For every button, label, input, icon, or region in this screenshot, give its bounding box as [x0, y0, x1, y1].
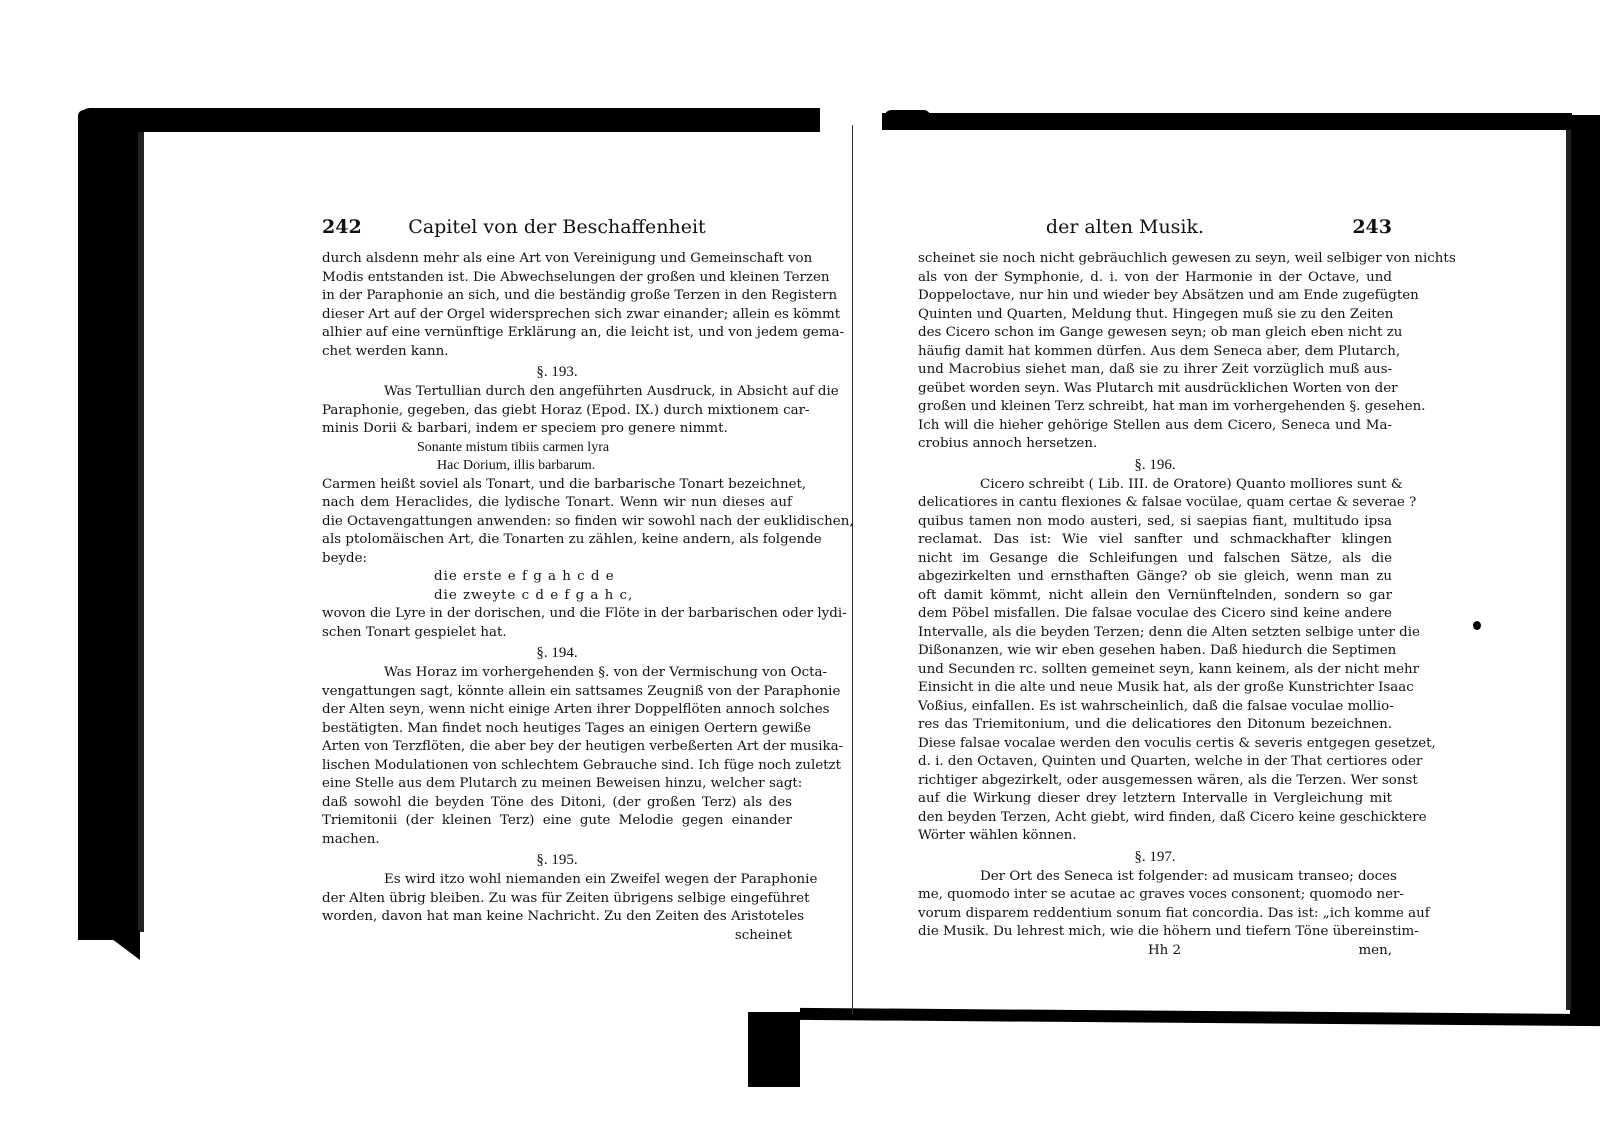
text-line: der Alten übrig bleiben. Zu was für Zeit…: [322, 890, 792, 909]
text-line: den beyden Terzen, Acht giebt, wird find…: [918, 809, 1392, 828]
spine-bottom-block: [748, 1012, 800, 1087]
left-binding-top-edge: [80, 108, 820, 132]
text-line: eine Stelle aus dem Plutarch zu meinen B…: [322, 775, 792, 794]
text-line: machen.: [322, 831, 792, 850]
text-line: und Secunden rc. sollten gemeinet seyn, …: [918, 661, 1392, 680]
text-line: oft damit kömmt, nicht allein den Vernün…: [918, 587, 1392, 606]
text-line: nach dem Heraclides, die lydische Tonart…: [322, 494, 792, 513]
text-line: durch alsdenn mehr als eine Art von Vere…: [322, 250, 792, 269]
text-line: quibus tamen non modo austeri, sed, si s…: [918, 513, 1392, 532]
text-line: Der Ort des Seneca ist folgender: ad mus…: [918, 868, 1392, 887]
text-line: lischen Modulationen von schlechtem Gebr…: [322, 757, 792, 776]
text-line: alhier auf eine vernünftige Erklärung an…: [322, 324, 792, 343]
catchword: men,: [1358, 942, 1392, 961]
text-line: chet werden kann.: [322, 343, 792, 362]
right-running-head: der alten Musik. 243: [918, 218, 1392, 244]
text-line: großen und kleinen Terz schreibt, hat ma…: [918, 398, 1392, 417]
text-line: scheinet sie noch nicht gebräuchlich gew…: [918, 250, 1392, 269]
section-heading: §. 197.: [918, 846, 1392, 868]
text-line: Hac Dorium, illis barbarum.: [322, 457, 792, 476]
book-scan: 242 Capitel von der Beschaffenheit durch…: [0, 0, 1600, 1121]
section-heading: §. 195.: [322, 849, 792, 871]
text-line: Es wird itzo wohl niemanden ein Zweifel …: [322, 871, 792, 890]
right-binding-bottom-edge: [800, 1008, 1600, 1026]
text-line: delicatiores in cantu flexiones & falsae…: [918, 494, 1392, 513]
text-line: daß sowohl die beyden Töne des Ditoni, (…: [322, 794, 792, 813]
text-line: Doppeloctave, nur hin und wieder bey Abs…: [918, 287, 1392, 306]
text-line: d. i. den Octaven, Quinten und Quarten, …: [918, 753, 1392, 772]
left-page-body: durch alsdenn mehr als eine Art von Vere…: [322, 250, 792, 945]
text-line: wovon die Lyre in der dorischen, und die…: [322, 605, 792, 624]
section-heading: §. 193.: [322, 361, 792, 383]
text-line: in der Paraphonie an sich, und die bestä…: [322, 287, 792, 306]
text-line: Intervalle, als die beyden Terzen; denn …: [918, 624, 1392, 643]
text-line: auf die Wirkung dieser drey letztern Int…: [918, 790, 1392, 809]
text-line: abgezirkelten und ernsthaften Gänge? ob …: [918, 568, 1392, 587]
running-title: der alten Musik.: [888, 218, 1362, 237]
text-line: häufig damit hat kommen dürfen. Aus dem …: [918, 343, 1392, 362]
text-line: Sonante mistum tibiis carmen lyra: [322, 439, 792, 458]
text-line: reclamat. Das ist: Wie viel sanfter und …: [918, 531, 1392, 550]
text-line: des Cicero schon im Gange gewesen seyn; …: [918, 324, 1392, 343]
text-line: beyde:: [322, 550, 792, 569]
left-binding-taper: [100, 930, 140, 960]
text-line: Cicero schreibt ( Lib. III. de Oratore) …: [918, 476, 1392, 495]
text-line: worden, davon hat man keine Nachricht. Z…: [322, 908, 792, 927]
ink-spot: [1473, 621, 1481, 630]
text-line: als von der Symphonie, d. i. von der Har…: [918, 269, 1392, 288]
book-gutter-line: [852, 125, 853, 1015]
right-page: der alten Musik. 243 scheinet sie noch n…: [918, 218, 1392, 960]
text-line: res das Triemitonium, und die delicatior…: [918, 716, 1392, 735]
text-line: Ich will die hieher gehörige Stellen aus…: [918, 417, 1392, 436]
text-line: crobius annoch hersetzen.: [918, 435, 1392, 454]
text-line: me, quomodo inter se acutae ac graves vo…: [918, 886, 1392, 905]
running-title: Capitel von der Beschaffenheit: [322, 218, 792, 237]
right-page-body: scheinet sie noch nicht gebräuchlich gew…: [918, 250, 1392, 942]
page-number: 243: [1352, 218, 1392, 237]
text-line: richtiger abgezirkelt, oder ausgemessen …: [918, 772, 1392, 791]
right-binding-side-edge: [1570, 115, 1600, 1020]
text-line: Was Tertullian durch den angeführten Aus…: [322, 383, 792, 402]
text-line: die Octavengattungen anwenden: so finden…: [322, 513, 792, 532]
text-line: vorum disparem reddentium sonum fiat con…: [918, 905, 1392, 924]
text-line: bestätigten. Man findet noch heutiges Ta…: [322, 720, 792, 739]
text-line: Paraphonie, gegeben, das giebt Horaz (Ep…: [322, 402, 792, 421]
left-binding-side-edge: [78, 110, 140, 940]
left-running-head: 242 Capitel von der Beschaffenheit: [322, 218, 792, 244]
text-line: Voßius, einfallen. Es ist wahrscheinlich…: [918, 698, 1392, 717]
right-page-fore-edge: [1566, 130, 1571, 1010]
signature-mark: Hh 2: [1148, 942, 1181, 961]
text-line: schen Tonart gespielet hat.: [322, 624, 792, 643]
text-line: Dißonanzen, wie wir eben gesehen haben. …: [918, 642, 1392, 661]
left-page: 242 Capitel von der Beschaffenheit durch…: [322, 218, 792, 945]
text-line: Modis entstanden ist. Die Abwechselungen…: [322, 269, 792, 288]
text-line: und Macrobius siehet man, daß sie zu ihr…: [918, 361, 1392, 380]
text-line: als ptolomäischen Art, die Tonarten zu z…: [322, 531, 792, 550]
text-line: Was Horaz im vorhergehenden §. von der V…: [322, 664, 792, 683]
section-heading: §. 196.: [918, 454, 1392, 476]
text-line: Wörter wählen können.: [918, 827, 1392, 846]
text-line: vengattungen sagt, könnte allein ein sat…: [322, 683, 792, 702]
left-page-fore-edge: [138, 132, 144, 932]
text-line: die erste e f g a h c d e: [322, 568, 792, 587]
text-line: Quinten und Quarten, Meldung thut. Hinge…: [918, 306, 1392, 325]
text-line: Arten von Terzflöten, die aber bey der h…: [322, 738, 792, 757]
text-line: dieser Art auf der Orgel widersprechen s…: [322, 306, 792, 325]
text-line: Einsicht in die alte und neue Musik hat,…: [918, 679, 1392, 698]
page-footer: Hh 2 men,: [918, 942, 1392, 961]
text-line: Diese falsae vocalae werden den voculis …: [918, 735, 1392, 754]
text-line: nicht im Gesange die Schleifungen und fa…: [918, 550, 1392, 569]
text-line: Carmen heißt soviel als Tonart, und die …: [322, 476, 792, 495]
text-line: der Alten seyn, wenn nicht einige Arten …: [322, 701, 792, 720]
text-line: die Musik. Du lehrest mich, wie die höhe…: [918, 923, 1392, 942]
section-heading: §. 194.: [322, 642, 792, 664]
text-line: minis Dorii & barbari, indem er speciem …: [322, 420, 792, 439]
text-line: geübet worden seyn. Was Plutarch mit aus…: [918, 380, 1392, 399]
right-binding-top-edge: [882, 113, 1572, 130]
text-line: dem Pöbel misfallen. Die falsae voculae …: [918, 605, 1392, 624]
text-line: die zweyte c d e f g a h c,: [322, 587, 792, 606]
text-line: scheinet: [322, 927, 792, 946]
text-line: Triemitonii (der kleinen Terz) eine gute…: [322, 812, 792, 831]
